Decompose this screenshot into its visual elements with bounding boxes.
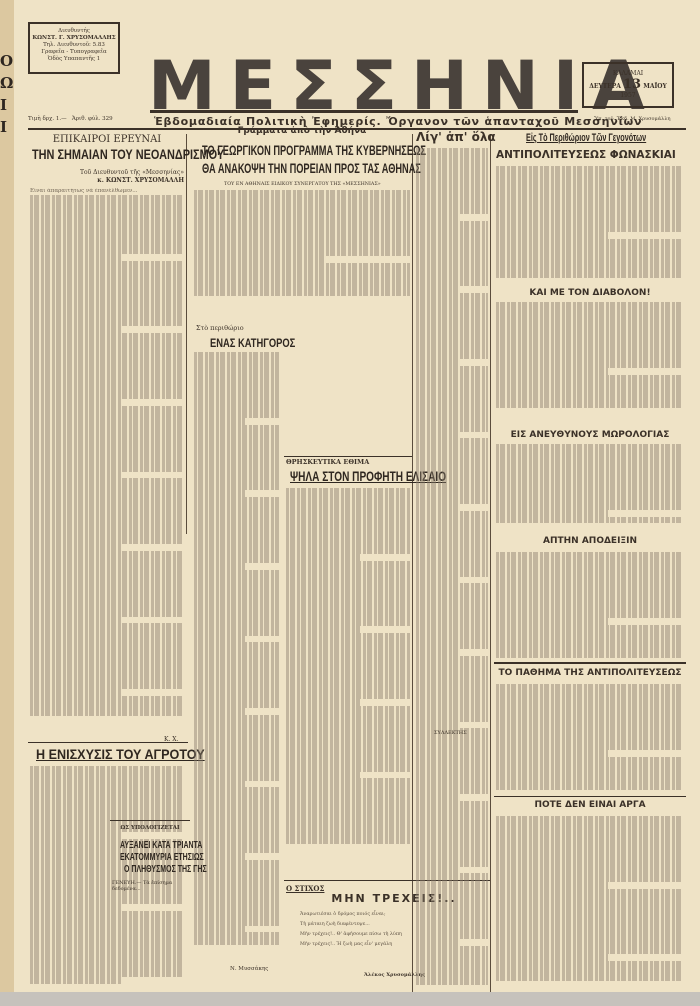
text-line xyxy=(496,559,682,566)
text-line xyxy=(416,392,488,399)
text-line xyxy=(416,445,488,452)
text-line xyxy=(416,379,488,386)
text-line xyxy=(194,880,279,887)
text-line xyxy=(194,589,279,596)
text-line xyxy=(194,269,410,276)
text-line xyxy=(194,392,279,399)
text-line xyxy=(286,719,410,726)
text-line xyxy=(286,758,410,765)
text-line xyxy=(496,272,682,279)
article-headline[interactable]: ΤΗΝ ΣΗΜΑΙΑΝ ΤΟΥ ΝΕΟΑΝΔΡΙΣΜΟΥ xyxy=(32,146,224,162)
text-line xyxy=(496,348,682,355)
text-line xyxy=(286,620,410,627)
text-line xyxy=(30,432,184,439)
text-line xyxy=(30,392,184,399)
text-line xyxy=(194,523,279,530)
text-line xyxy=(416,537,488,544)
text-line xyxy=(416,741,488,748)
text-line xyxy=(194,688,279,695)
text-line xyxy=(30,898,184,905)
text-line xyxy=(416,286,459,293)
article-headline[interactable]: ΤΟ ΓΕΩΡΓΙΚΟΝ ΠΡΟΓΡΑΜΜΑ ΤΗΣ ΚΥΒΕΡΝΗΣΕΩΣ xyxy=(202,142,426,158)
text-line xyxy=(416,319,488,326)
text-line xyxy=(416,188,488,195)
text-line xyxy=(416,807,488,814)
text-line xyxy=(194,701,279,708)
column-divider xyxy=(412,134,413,994)
article-body xyxy=(496,302,682,412)
text-line xyxy=(194,893,279,900)
text-line xyxy=(496,783,682,790)
text-line xyxy=(286,778,410,785)
article-headline[interactable]: Ο ΠΛΗΘΥΣΜΟΣ ΤΗΣ ΓΗΣ xyxy=(124,864,207,875)
text-line xyxy=(496,199,682,206)
text-line xyxy=(286,646,410,653)
text-line xyxy=(30,799,184,806)
text-line xyxy=(496,206,682,213)
text-line xyxy=(496,335,682,342)
text-line xyxy=(194,210,410,217)
article-body xyxy=(416,148,488,988)
text-line xyxy=(416,649,459,656)
text-line xyxy=(496,935,682,942)
price-line: Τιμὴ δρχ. 1.— Ἀριθ. φύλ. 329 xyxy=(28,116,133,122)
text-line xyxy=(286,541,410,548)
text-line xyxy=(496,928,682,935)
divider xyxy=(494,796,686,797)
text-line xyxy=(496,823,682,830)
article-kicker: Γράμματα ἀπὸ τὴν Ἀθήνα xyxy=(194,126,410,136)
text-line xyxy=(416,755,488,762)
text-line xyxy=(416,207,488,214)
text-line xyxy=(286,607,410,614)
text-line xyxy=(194,230,410,237)
article-body xyxy=(194,352,279,952)
text-line xyxy=(286,580,410,587)
text-line xyxy=(416,748,488,755)
text-line xyxy=(30,924,184,931)
article-body xyxy=(496,166,682,284)
text-line xyxy=(194,860,279,867)
text-line xyxy=(416,847,488,854)
text-line xyxy=(286,739,410,746)
text-line xyxy=(194,847,279,854)
text-line xyxy=(496,245,682,252)
text-line xyxy=(30,254,122,261)
text-line xyxy=(30,472,122,479)
text-line xyxy=(194,708,245,715)
text-line xyxy=(30,498,184,505)
text-line xyxy=(30,676,184,683)
text-line xyxy=(416,497,488,504)
text-line xyxy=(30,577,184,584)
text-line xyxy=(496,869,682,876)
text-line xyxy=(194,451,279,458)
text-line xyxy=(496,355,682,362)
text-line xyxy=(194,464,279,471)
text-line xyxy=(496,342,682,349)
text-line xyxy=(30,478,184,485)
text-line xyxy=(496,173,682,180)
scan-edge xyxy=(0,992,700,1006)
text-line xyxy=(30,267,184,274)
text-line xyxy=(416,860,488,867)
text-line xyxy=(30,340,184,347)
text-line xyxy=(30,261,184,268)
text-line xyxy=(194,629,279,636)
text-line xyxy=(30,452,184,459)
text-line xyxy=(194,932,279,939)
article-kicker: ΩΣ ΥΠΟΛΟΓΙΖΕΤΑΙ xyxy=(110,825,190,831)
text-line xyxy=(30,689,122,696)
text-line xyxy=(30,300,184,307)
text-line xyxy=(194,378,279,385)
text-line xyxy=(496,368,608,375)
text-line xyxy=(416,194,488,201)
text-line xyxy=(496,186,682,193)
text-line xyxy=(194,289,410,296)
text-line xyxy=(194,873,279,880)
text-line xyxy=(416,366,488,373)
text-line xyxy=(416,774,488,781)
text-line xyxy=(30,313,184,320)
text-line xyxy=(416,926,488,933)
text-line xyxy=(194,570,279,577)
text-line xyxy=(416,293,488,300)
text-line xyxy=(30,221,184,228)
text-line xyxy=(30,359,184,366)
text-line xyxy=(30,320,184,327)
section-subhead: ΚΑΙ ΜΕ ΤΟΝ ΔΙΑΒΟΛΟΝ! xyxy=(494,288,686,298)
text-line xyxy=(496,572,682,579)
text-line xyxy=(194,438,279,445)
text-line xyxy=(286,547,410,554)
text-line xyxy=(416,174,488,181)
text-line xyxy=(496,611,682,618)
text-line xyxy=(416,821,488,828)
director-box: Διευθυντής ΚΩΝΣΤ. Γ. ΧΡΥΣΟΜΑΛΛΗΣ Τηλ. Δι… xyxy=(28,22,120,74)
text-line xyxy=(496,490,682,497)
text-line xyxy=(194,418,245,425)
text-line xyxy=(30,505,184,512)
text-line xyxy=(194,203,410,210)
text-line xyxy=(496,895,682,902)
text-line xyxy=(416,247,488,254)
article-headline[interactable]: ΕΚΑΤΟΜΜΥΡΙΑ ΕΤΗΣΙΩΣ xyxy=(120,852,204,863)
text-line xyxy=(496,757,682,764)
text-line xyxy=(416,405,488,412)
text-line xyxy=(416,352,488,359)
article-headline[interactable]: ΑΝΤΙΠΟΛΙΤΕΥΣΕΩΣ ΦΩΝΑΣΚΙΑΙ xyxy=(496,149,676,161)
text-line xyxy=(30,630,184,637)
text-line xyxy=(194,411,279,418)
text-line xyxy=(496,743,682,750)
text-line xyxy=(416,616,488,623)
text-line xyxy=(416,504,459,511)
text-line xyxy=(194,276,410,283)
article-body xyxy=(286,488,410,848)
article-body xyxy=(194,190,410,300)
text-line xyxy=(286,600,410,607)
text-line xyxy=(194,444,279,451)
text-line xyxy=(496,252,682,259)
text-line xyxy=(30,696,184,703)
text-line xyxy=(496,381,682,388)
text-line xyxy=(286,745,410,752)
text-line xyxy=(496,497,682,504)
text-line xyxy=(416,801,488,808)
text-line xyxy=(30,353,184,360)
text-line xyxy=(194,906,279,913)
text-line xyxy=(416,682,488,689)
text-line xyxy=(496,192,682,199)
text-line xyxy=(416,260,488,267)
text-line xyxy=(496,598,682,605)
text-line xyxy=(194,490,245,497)
text-line xyxy=(496,770,682,777)
text-line xyxy=(416,557,488,564)
newspaper-page: Διευθυντής ΚΩΝΣΤ. Γ. ΧΡΥΣΟΜΑΛΛΗΣ Τηλ. Δι… xyxy=(14,0,700,992)
text-line xyxy=(30,445,184,452)
text-line xyxy=(194,649,279,656)
text-line xyxy=(194,398,279,405)
text-line xyxy=(416,201,488,208)
text-line xyxy=(30,766,184,773)
text-line xyxy=(286,725,410,732)
text-line xyxy=(30,214,184,221)
section-subhead: ΕΙΣ ΑΝΕΥΘΥΝΟΥΣ ΜΩΡΟΛΟΓΙΑΣ xyxy=(494,430,686,440)
text-line xyxy=(30,623,184,630)
text-line xyxy=(286,495,410,502)
text-line xyxy=(30,617,122,624)
text-line xyxy=(416,972,488,979)
text-line xyxy=(30,570,184,577)
article-headline[interactable]: ΘΑ ΑΝΑΚΟΨΗ ΤΗΝ ΠΟΡΕΙΑΝ ΠΡΟΣ ΤΑΣ ΑΘΗΝΑΣ xyxy=(202,160,421,176)
binding-spine: Ο Ω Ι Ι xyxy=(0,0,15,1006)
text-line xyxy=(416,952,488,959)
text-line xyxy=(416,873,488,880)
article-lead: ΓΕΝΕΥΗ.— Τὰ ἐπίσημα δεδομένα... xyxy=(112,880,188,892)
text-line xyxy=(30,228,184,235)
price: Τιμὴ δρχ. 1.— xyxy=(28,116,67,122)
article-body xyxy=(496,444,682,524)
article-signature: ΣΥΛΛΕΚΤΗΣ xyxy=(434,730,467,736)
text-line xyxy=(416,563,488,570)
text-line xyxy=(194,774,279,781)
text-line xyxy=(416,722,459,729)
text-line xyxy=(30,386,184,393)
text-line xyxy=(30,544,122,551)
day-number: 13 xyxy=(623,77,641,92)
text-line xyxy=(30,944,184,951)
text-line xyxy=(286,613,410,620)
text-line xyxy=(30,970,184,977)
text-line xyxy=(194,682,279,689)
article-headline[interactable]: ΠΟΤΕ ΔΕΝ ΕΙΝΑΙ ΑΡΓΑ xyxy=(494,800,686,810)
text-line xyxy=(194,256,324,263)
text-line xyxy=(416,517,488,524)
text-line xyxy=(30,937,184,944)
section-subhead: ΑΠΤΗΝ ΑΠΟΔΕΙΞΙΝ xyxy=(494,536,686,546)
article-headline[interactable]: Η ΕΝΙΣΧΥΣΙΣ ΤΟΥ ΑΓΡΟΤΟΥ xyxy=(36,746,205,762)
text-line xyxy=(30,201,184,208)
text-line xyxy=(194,912,279,919)
article-headline[interactable]: ΤΟ ΠΑΘΗΜΑ ΤΗΣ ΑΝΤΙΠΟΛΙΤΕΥΣΕΩΣ xyxy=(494,668,686,678)
text-line xyxy=(194,886,279,893)
text-line xyxy=(416,161,488,168)
text-line xyxy=(416,326,488,333)
text-line xyxy=(416,544,488,551)
text-line xyxy=(416,227,488,234)
text-line xyxy=(416,359,459,366)
issue-number: Ἀριθ. φύλ. 329 xyxy=(72,116,113,122)
text-line xyxy=(30,564,184,571)
text-line xyxy=(30,511,184,518)
text-line xyxy=(416,478,488,485)
text-line xyxy=(194,761,279,768)
text-line xyxy=(194,899,279,906)
text-line xyxy=(194,820,279,827)
text-line xyxy=(30,636,184,643)
text-line xyxy=(496,625,682,632)
text-line xyxy=(286,514,410,521)
year: 1957 xyxy=(584,92,672,99)
text-line xyxy=(416,313,488,320)
text-line xyxy=(496,631,682,638)
text-line xyxy=(30,241,184,248)
text-line xyxy=(416,471,488,478)
text-line xyxy=(30,951,184,958)
text-line xyxy=(496,750,608,757)
text-line xyxy=(416,643,488,650)
text-line xyxy=(194,866,279,873)
text-line xyxy=(30,663,184,670)
text-line xyxy=(416,372,488,379)
text-line xyxy=(496,179,682,186)
divider xyxy=(110,820,190,821)
text-line xyxy=(286,712,410,719)
text-line xyxy=(286,554,360,561)
text-line xyxy=(30,911,184,918)
director-phone: Τηλ. Διευθυντοῦ: 5.83 xyxy=(30,42,118,49)
text-line xyxy=(416,432,459,439)
text-line xyxy=(496,776,682,783)
article-headline[interactable]: ΑΥΞΑΝΕΙ ΚΑΤΑ ΤΡΙΑΝΤΑ xyxy=(120,840,202,851)
article-headline[interactable]: ΕΝΑΣ ΚΑΤΗΓΟΡΟΣ xyxy=(210,336,295,350)
text-line xyxy=(496,219,682,226)
text-line xyxy=(416,425,488,432)
text-line xyxy=(194,695,279,702)
text-line xyxy=(416,827,488,834)
text-line xyxy=(30,977,122,984)
text-line xyxy=(496,258,682,265)
text-line xyxy=(286,686,410,693)
text-line xyxy=(416,346,488,353)
text-line xyxy=(416,181,488,188)
text-line xyxy=(286,837,410,844)
text-line xyxy=(194,807,279,814)
text-line xyxy=(194,827,279,834)
text-line xyxy=(286,798,410,805)
text-line xyxy=(496,401,682,408)
text-line xyxy=(194,609,279,616)
text-line xyxy=(496,902,682,909)
text-line xyxy=(194,550,279,557)
text-line xyxy=(286,785,410,792)
text-line xyxy=(496,477,682,484)
text-line xyxy=(496,225,682,232)
text-line xyxy=(496,842,682,849)
text-line xyxy=(416,966,488,973)
divider xyxy=(494,662,686,664)
text-line xyxy=(496,889,682,896)
text-line xyxy=(194,263,410,270)
text-line xyxy=(286,521,410,528)
text-line xyxy=(416,234,488,241)
text-line xyxy=(194,431,279,438)
text-line xyxy=(416,511,488,518)
text-line xyxy=(30,590,184,597)
text-line xyxy=(416,656,488,663)
divider xyxy=(284,456,412,457)
masthead-rule xyxy=(150,110,578,113)
text-line xyxy=(30,904,122,911)
text-line xyxy=(416,933,488,940)
text-line xyxy=(30,294,184,301)
text-line xyxy=(30,656,184,663)
text-line xyxy=(496,908,682,915)
text-line xyxy=(416,280,488,287)
text-line xyxy=(416,629,488,636)
text-line xyxy=(194,504,279,511)
text-line xyxy=(416,385,488,392)
text-line xyxy=(416,155,488,162)
byline: ΤΟΥ ΕΝ ΑΘΗΝΑΙΣ ΕΙΔΙΚΟΥ ΣΥΝΕΡΓΑΤΟΥ ΤΗΣ «Μ… xyxy=(224,182,381,187)
text-line xyxy=(416,715,488,722)
text-line xyxy=(286,811,410,818)
text-line xyxy=(496,974,682,981)
text-line xyxy=(496,510,608,517)
text-line xyxy=(416,267,488,274)
text-line xyxy=(30,779,184,786)
text-line xyxy=(194,510,279,517)
column-divider xyxy=(490,134,491,994)
text-line xyxy=(30,584,184,591)
text-line xyxy=(416,834,488,841)
column-title[interactable]: Λίγ' ἀπ' ὅλα xyxy=(416,130,496,144)
text-line xyxy=(194,675,279,682)
text-line xyxy=(496,691,682,698)
text-line xyxy=(194,754,279,761)
text-line xyxy=(496,578,682,585)
text-line xyxy=(416,689,488,696)
text-line xyxy=(30,931,184,938)
text-line xyxy=(194,352,279,359)
text-line xyxy=(286,633,410,640)
text-line xyxy=(194,794,279,801)
text-line xyxy=(496,644,682,651)
text-line xyxy=(30,287,184,294)
text-line xyxy=(30,806,184,813)
text-line xyxy=(30,918,184,925)
text-line xyxy=(194,596,279,603)
text-line xyxy=(496,451,682,458)
text-line xyxy=(496,849,682,856)
text-line xyxy=(416,959,488,966)
text-line xyxy=(496,361,682,368)
text-line xyxy=(286,528,410,535)
text-line xyxy=(416,887,488,894)
